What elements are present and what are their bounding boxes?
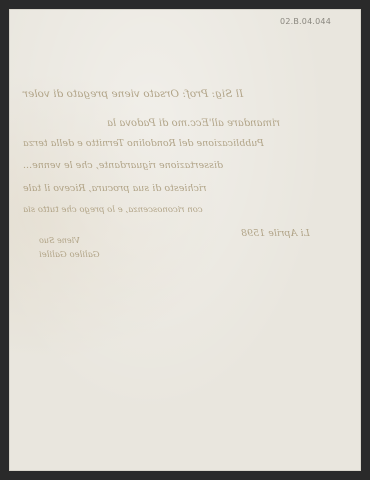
document-page: 02.B.04.044 Il Sig: Prof: Orsato viene p… [9,9,361,471]
handwriting-line: Viene Suo [39,236,80,245]
handwriting-line: Galileo Galilei [39,250,100,260]
handwriting-line: richiesto di sua procura, Ricevo il tale [23,183,206,194]
handwriting-line: dissertazione riguardante, che le venne.… [23,160,223,171]
bleed-through-handwriting: Il Sig: Prof: Orsato viene pregato di vo… [9,9,361,471]
handwriting-line: Il Sig: Prof: Orsato viene pregato di vo… [23,88,243,100]
handwriting-line: rimandare all'Ecc.mo di Padova la [107,118,280,129]
handwriting-line: con riconoscenza, e lo prego che tutto s… [23,205,203,215]
handwriting-line: Pubblicazione del Rondolino Ternitto e d… [23,138,264,149]
handwriting-line: Li Aprile 1598 [241,228,310,239]
